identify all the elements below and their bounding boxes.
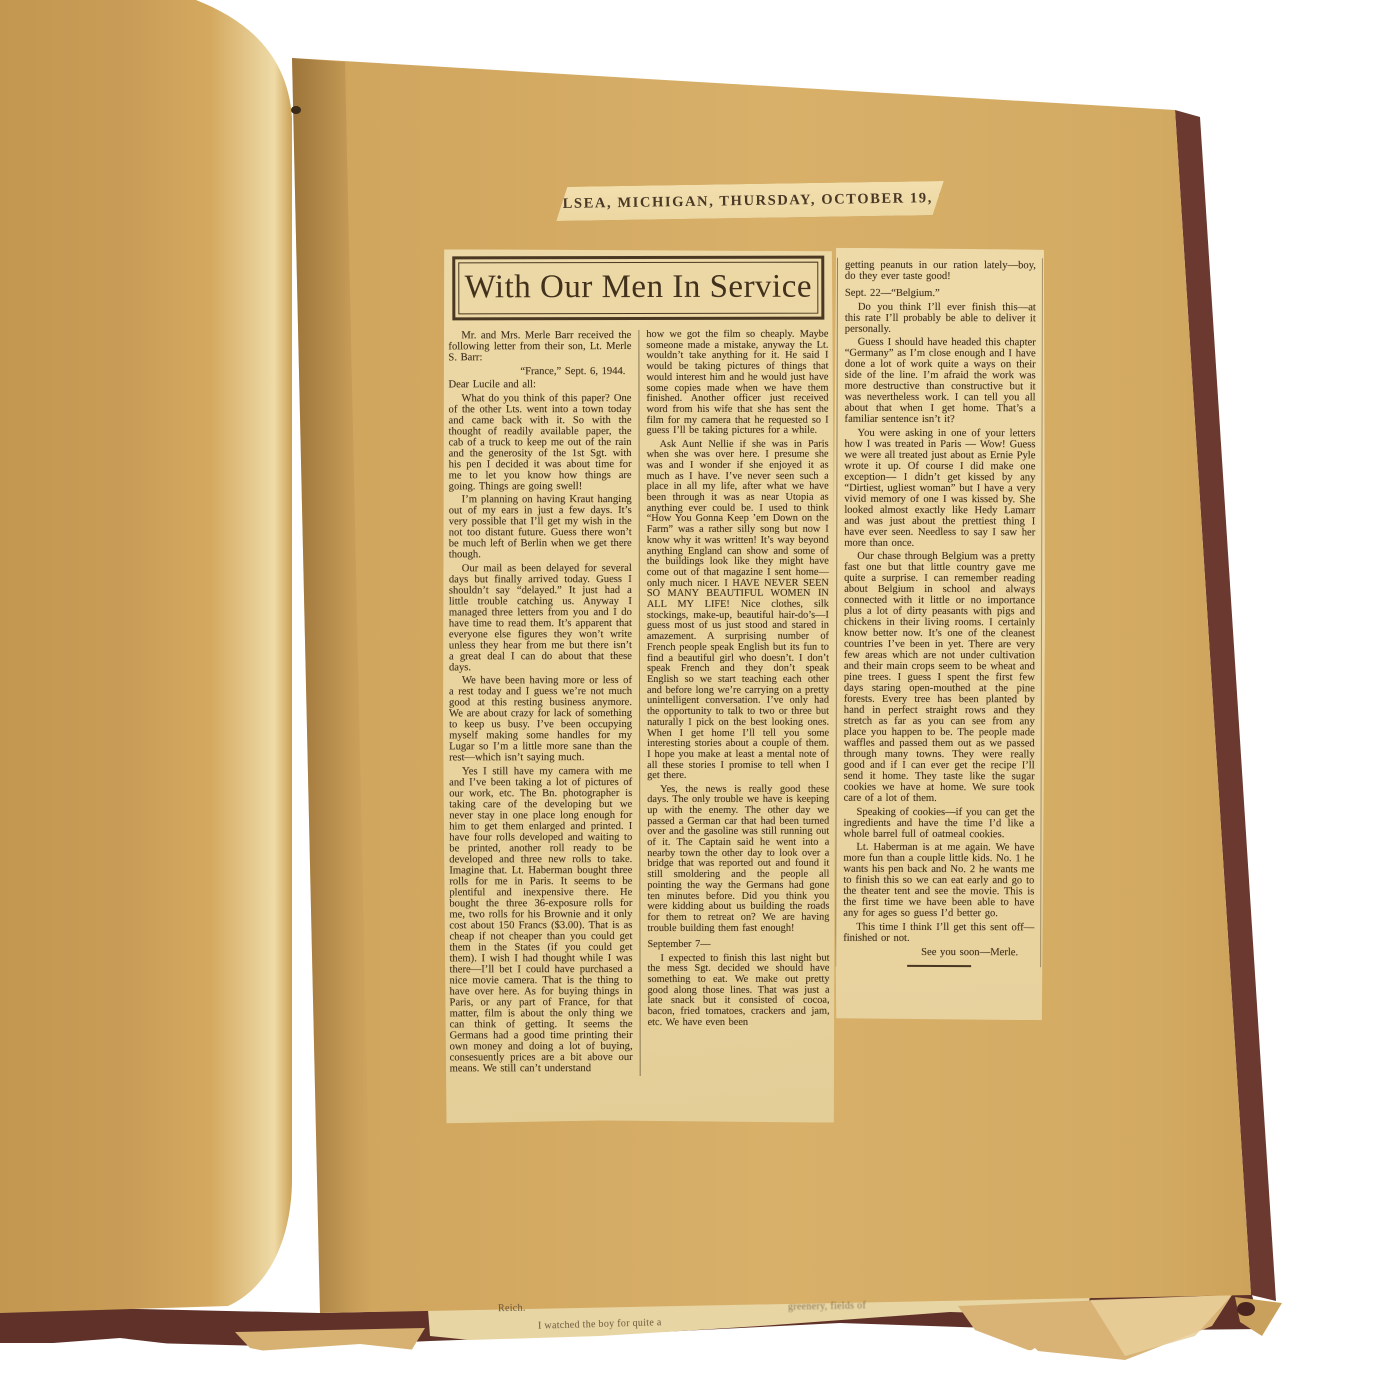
paragraph: This time I think I’ll get this sent off… xyxy=(843,921,1034,943)
torn-white-gap xyxy=(0,1338,1055,1400)
end-divider-rule xyxy=(907,964,971,966)
date-subhead: September 7— xyxy=(647,940,829,951)
paragraph: I expected to finish this last night but… xyxy=(647,953,829,1028)
left-page xyxy=(0,0,292,1313)
clipping-main: With Our Men In Service Mr. and Mrs. Mer… xyxy=(442,249,836,1124)
paragraph: You were asking in one of your letters h… xyxy=(844,427,1035,548)
page-under-fragment-3: greenery, fields of xyxy=(788,1300,866,1312)
date-subhead: Sept. 22—“Belgium.” xyxy=(845,288,1036,300)
paragraph: We have been having more or less of a re… xyxy=(449,675,632,763)
paragraph: Ask Aunt Nellie if she was in Paris when… xyxy=(647,439,830,782)
paragraph: Yes I still have my camera with me and I… xyxy=(449,766,633,1074)
headline-inner-border: With Our Men In Service xyxy=(458,262,818,315)
paragraph: Do you think I’ll ever finish this—at th… xyxy=(845,301,1036,334)
paragraph: I’m planning on having Kraut hanging out… xyxy=(449,494,632,560)
column-3: getting peanuts in our ration lately—boy… xyxy=(835,258,1043,967)
paragraph: Our mail as been delayed for several day… xyxy=(449,563,632,673)
letter-signoff: See you soon—Merle. xyxy=(843,946,1034,958)
cover-corner-knot xyxy=(1237,1302,1255,1316)
clipping-column-3: getting peanuts in our ration lately—boy… xyxy=(832,248,1046,1021)
paragraph: Our chase through Belgium was a pretty f… xyxy=(844,551,1036,804)
spine-top-notch xyxy=(291,106,301,114)
paragraph: Lt. Haberman is at me again. We have mor… xyxy=(843,842,1034,919)
paragraph: What do you think of this paper? One of … xyxy=(448,393,631,492)
letter-place-date: “France,” Sept. 6, 1944. xyxy=(448,366,631,377)
newspaper-dateline-strip: CHELSEA, MICHIGAN, THURSDAY, OCTOBER 19,… xyxy=(556,181,944,221)
paragraph: Yes, the news is really good these days.… xyxy=(647,784,829,934)
paragraph: Guess I should have headed this chapter … xyxy=(845,337,1036,425)
scrapbook-photo: CHELSEA, MICHIGAN, THURSDAY, OCTOBER 19,… xyxy=(0,0,1400,1400)
intro-paragraph: Mr. and Mrs. Merle Barr received the fol… xyxy=(448,330,631,363)
paragraph: getting peanuts in our ration lately—boy… xyxy=(845,260,1036,282)
clipping-columns: Mr. and Mrs. Merle Barr received the fol… xyxy=(442,325,835,1077)
column-2: how we got the film so cheaply. Maybe so… xyxy=(638,330,835,1076)
paragraph: how we got the film so cheaply. Maybe so… xyxy=(646,330,828,437)
page-under-fragment-1: Reich. xyxy=(498,1303,526,1314)
headline-box: With Our Men In Service xyxy=(452,256,824,321)
headline: With Our Men In Service xyxy=(465,269,812,306)
letter-salutation: Dear Lucile and all: xyxy=(448,379,631,390)
dateline-text: CHELSEA, MICHIGAN, THURSDAY, OCTOBER 19,… xyxy=(526,189,973,213)
column-1: Mr. and Mrs. Merle Barr received the fol… xyxy=(442,330,639,1076)
paragraph: Speaking of cookies—if you can get the i… xyxy=(843,806,1034,839)
